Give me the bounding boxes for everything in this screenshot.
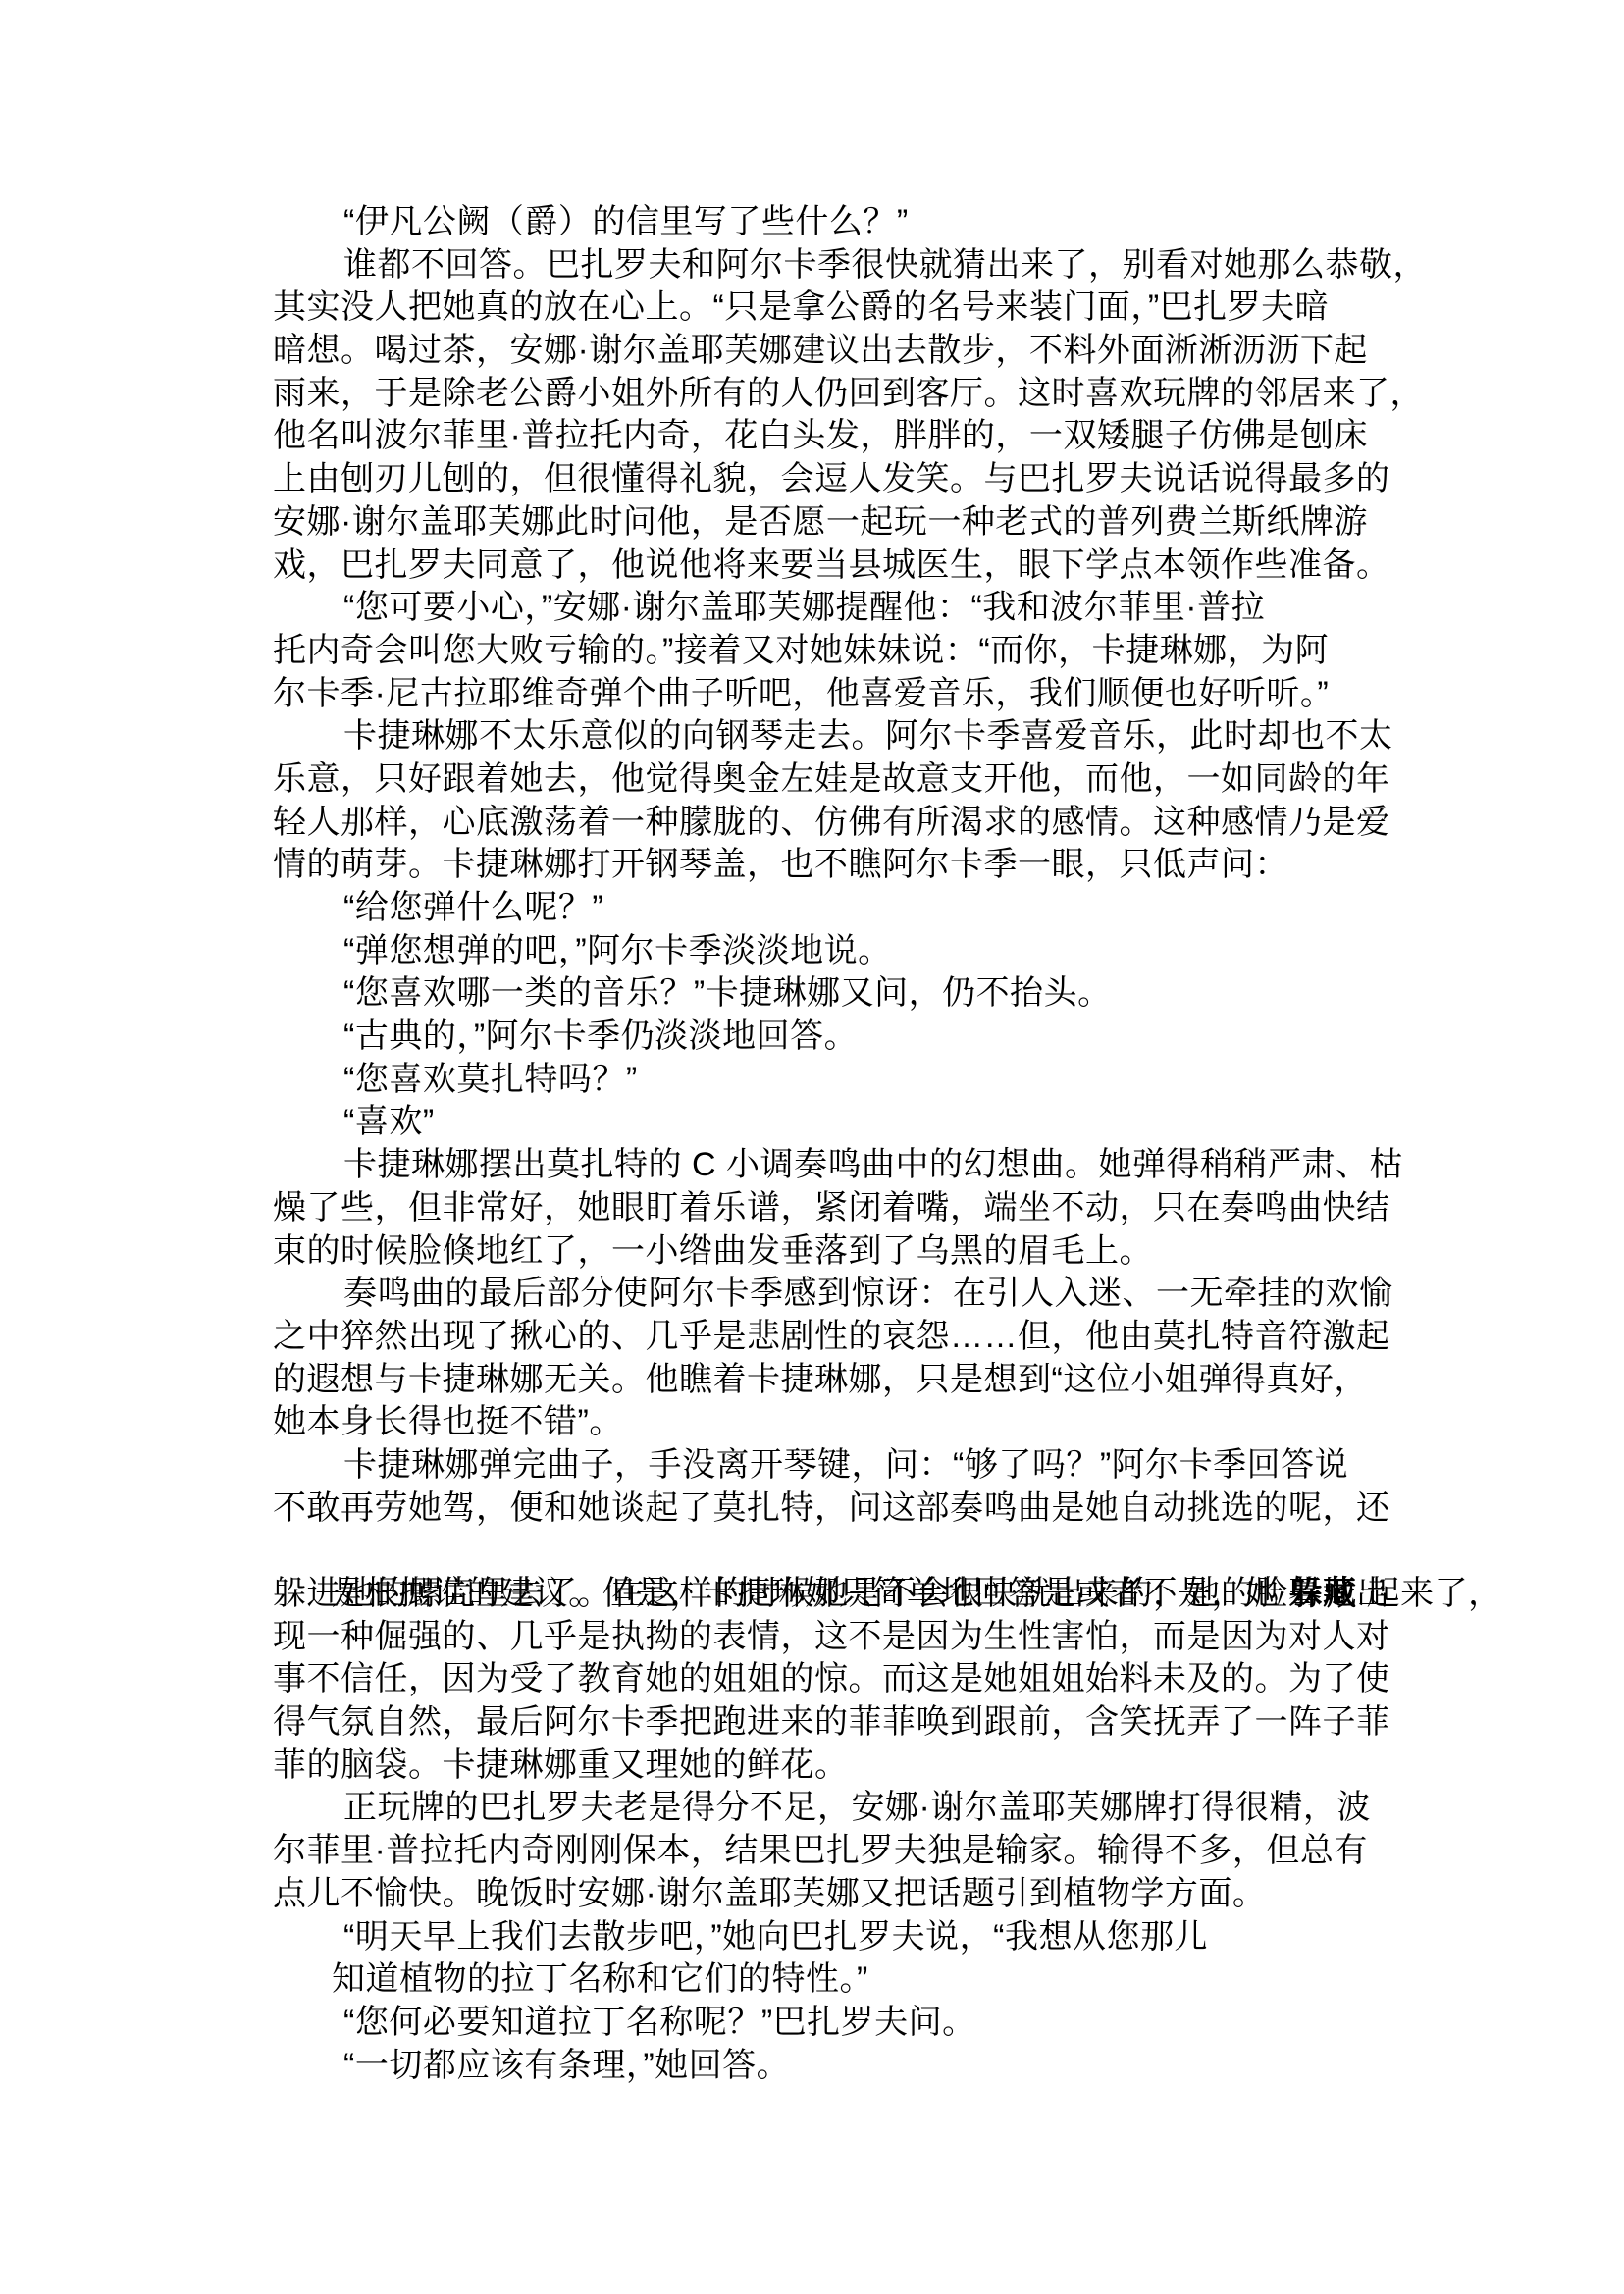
text-line: “您可要小心，”安娜·谢尔盖耶芙娜提醒他：“我和波尔菲里·普拉 — [273, 587, 1360, 630]
text-line: 托内奇会叫您大败亏输的。”接着又对她妹妹说：“而你，卡捷琳娜，为阿 — [273, 630, 1360, 673]
text-line: “您喜欢哪一类的音乐？”卡捷琳娜又问，仍不抬头。 — [273, 972, 1360, 1016]
page-text: “伊凡公阙（爵）的信里写了些什么？” 谁都不回答。巴扎罗夫和阿尔卡季很快就猜出来… — [273, 201, 1360, 2087]
text-line: 知道植物的拉丁名称和它们的特性。” — [273, 1958, 1360, 2002]
text-line: 躲进她的螺壳里去了。在这样的时候她是不会很快就出来的，她的脸蓦地出 — [273, 1573, 1360, 1616]
text-line: “您何必要知道拉丁名称呢？”巴扎罗夫问。 — [273, 2002, 1360, 2045]
text-line: 的遐想与卡捷琳娜无关。他瞧着卡捷琳娜，只是想到“这位小姐弹得真好， — [273, 1359, 1360, 1402]
text-line: 上由刨刃儿刨的，但很懂得礼貌，会逗人发笑。与巴扎罗夫说话说得最多的 — [273, 458, 1360, 501]
text-line: “明天早上我们去散步吧，”她向巴扎罗夫说，“我想从您那儿 — [273, 1916, 1360, 1959]
text-line-with-emphasis: 是根据谁的建议。但是，卡捷琳娜只简单地回答是或者不是，她 躲藏 起来了， — [273, 1530, 1360, 1573]
text-line: “弹您想弹的吧，”阿尔卡季淡淡地说。 — [273, 930, 1360, 973]
text-line: “一切都应该有条理，”她回答。 — [273, 2045, 1360, 2088]
text-line: 轻人那样，心底激荡着一种朦胧的、仿佛有所渴求的感情。这种感情乃是爱 — [273, 802, 1360, 845]
text-line: 他名叫波尔菲里·普拉托内奇，花白头发，胖胖的，一双矮腿子仿佛是刨床 — [273, 415, 1360, 458]
text-line: 点儿不愉快。晚饭时安娜·谢尔盖耶芙娜又把话题引到植物学方面。 — [273, 1873, 1360, 1916]
text-line: 卡捷琳娜弹完曲子，手没离开琴键，问：“够了吗？”阿尔卡季回答说 — [273, 1444, 1360, 1487]
text-line: 不敢再劳她驾，便和她谈起了莫扎特，问这部奏鸣曲是她自动挑选的呢，还 — [273, 1487, 1360, 1531]
text-line: 乐意，只好跟着她去，他觉得奥金左娃是故意支开他，而他，一如同龄的年 — [273, 758, 1360, 802]
document-page: “伊凡公阙（爵）的信里写了些什么？” 谁都不回答。巴扎罗夫和阿尔卡季很快就猜出来… — [0, 0, 1624, 2294]
text-line: 燥了些，但非常好，她眼盯着乐谱，紧闭着嘴，端坐不动，只在奏鸣曲快结 — [273, 1187, 1360, 1230]
text-line: “喜欢” — [273, 1101, 1360, 1144]
text-line: 菲的脑袋。卡捷琳娜重又理她的鲜花。 — [273, 1745, 1360, 1788]
text-line: 得气氛自然，最后阿尔卡季把跑进来的菲菲唤到跟前，含笑抚弄了一阵子菲 — [273, 1701, 1360, 1745]
text-line: “古典的，”阿尔卡季仍淡淡地回答。 — [273, 1016, 1360, 1059]
text-line: “给您弹什么呢？” — [273, 887, 1360, 930]
text-line: 奏鸣曲的最后部分使阿尔卡季感到惊讶：在引人入迷、一无牵挂的欢愉 — [273, 1273, 1360, 1316]
text-line: 戏，巴扎罗夫同意了，他说他将来要当县城医生，眼下学点本领作些准备。 — [273, 545, 1360, 588]
text-line: 现一种倔强的、几乎是执拗的表情，这不是因为生性害怕，而是因为对人对 — [273, 1616, 1360, 1659]
text-line: 正玩牌的巴扎罗夫老是得分不足，安娜·谢尔盖耶芙娜牌打得很精，波 — [273, 1787, 1360, 1830]
text-line: 安娜·谢尔盖耶芙娜此时问他，是否愿一起玩一种老式的普列费兰斯纸牌游 — [273, 501, 1360, 545]
text-line: 尔卡季·尼古拉耶维奇弹个曲子听吧，他喜爱音乐，我们顺便也好听听。” — [273, 673, 1360, 716]
text-line: 卡捷琳娜摆出莫扎特的 C 小调奏鸣曲中的幻想曲。她弹得稍稍严肃、枯 — [273, 1144, 1360, 1187]
text-line: 事不信任，因为受了教育她的姐姐的惊。而这是她姐姐始料未及的。为了使 — [273, 1658, 1360, 1701]
text-line: 尔菲里·普拉托内奇刚刚保本，结果巴扎罗夫独是输家。输得不多，但总有 — [273, 1830, 1360, 1873]
text-line: 谁都不回答。巴扎罗夫和阿尔卡季很快就猜出来了，别看对她那么恭敬， — [273, 244, 1360, 287]
text-line: 雨来，于是除老公爵小姐外所有的人仍回到客厅。这时喜欢玩牌的邻居来了， — [273, 373, 1360, 416]
text-line: 其实没人把她真的放在心上。“只是拿公爵的名号来装门面，”巴扎罗夫暗 — [273, 287, 1360, 330]
text-line: “您喜欢莫扎特吗？” — [273, 1059, 1360, 1102]
text-line: 之中猝然出现了揪心的、几乎是悲剧性的哀怨……但，他由莫扎特音符激起 — [273, 1316, 1360, 1359]
text-line: 情的萌芽。卡捷琳娜打开钢琴盖，也不瞧阿尔卡季一眼，只低声问： — [273, 844, 1360, 887]
text-line: 卡捷琳娜不太乐意似的向钢琴走去。阿尔卡季喜爱音乐，此时却也不太 — [273, 715, 1360, 758]
text-line: 暗想。喝过茶，安娜·谢尔盖耶芙娜建议出去散步，不料外面淅淅沥沥下起 — [273, 330, 1360, 373]
text-line: 她本身长得也挺不错”。 — [273, 1401, 1360, 1444]
text-line: 束的时候脸倏地红了，一小绺曲发垂落到了乌黑的眉毛上。 — [273, 1230, 1360, 1274]
text-line: “伊凡公阙（爵）的信里写了些什么？” — [273, 201, 1360, 244]
